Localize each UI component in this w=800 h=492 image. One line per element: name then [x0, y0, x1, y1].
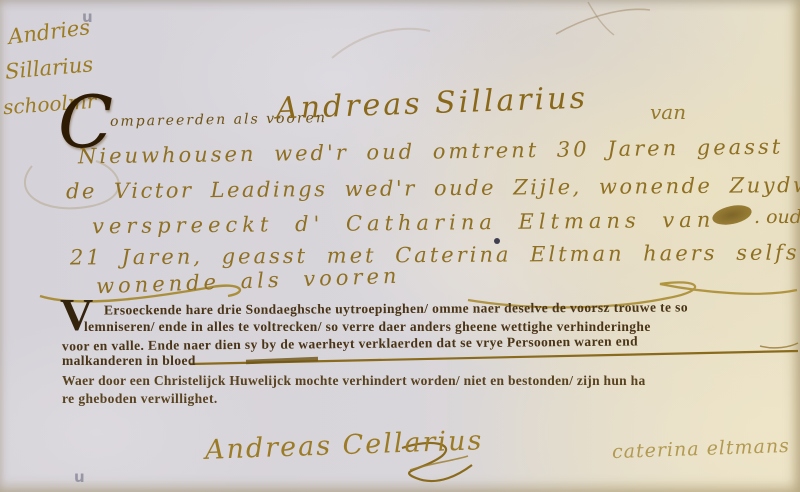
- banns-line: malkanderen in bloed: [62, 353, 196, 369]
- show-through-stroke: [588, 2, 614, 35]
- ink-rule-blot: [246, 359, 318, 362]
- banns-line: Ersoeckende hare drie Sondaeghsche uytro…: [104, 299, 688, 318]
- banns-line: re gheboden verwillighet.: [62, 391, 218, 407]
- ink-rule: [760, 343, 798, 348]
- ink-rule: [190, 351, 798, 364]
- entry-line: verspreeckt d' Catharina Eltmans van: [92, 208, 716, 239]
- entry-line: de Victor Leadings wed'r oude Zijle, won…: [66, 173, 800, 204]
- bride-signature: caterina eltmans: [612, 435, 791, 463]
- banns-line: Waer door een Christelijck Huwelijck moc…: [62, 373, 646, 389]
- entry-line: Nieuwhousen wed'r oud omtrent 30 Jaren g…: [78, 134, 800, 169]
- show-through-stroke: [332, 29, 430, 58]
- entry-line4-tail: . oud: [754, 206, 800, 228]
- banns-line: lemniseren/ ende in alles te voltrecken/…: [84, 319, 651, 335]
- show-through-stroke: [556, 9, 650, 34]
- entry-line1-groom-name: Andreas Sillarius: [275, 81, 588, 127]
- check-mark-bottom: u: [74, 468, 85, 486]
- margin-note-line: Andries: [7, 15, 91, 49]
- groom-signature: Andreas Cellarius: [205, 425, 484, 466]
- banns-line: voor en valle. Ende naer dien sy by de w…: [62, 333, 638, 354]
- place-ink-blob: [711, 202, 754, 228]
- entry-line1-tail: van: [650, 100, 686, 124]
- entry-line: 21 Jaren, geasst met Caterina Eltman hae…: [70, 240, 800, 269]
- manuscript-page: u u Andries Sillarius schoolmr C omparee…: [0, 0, 800, 492]
